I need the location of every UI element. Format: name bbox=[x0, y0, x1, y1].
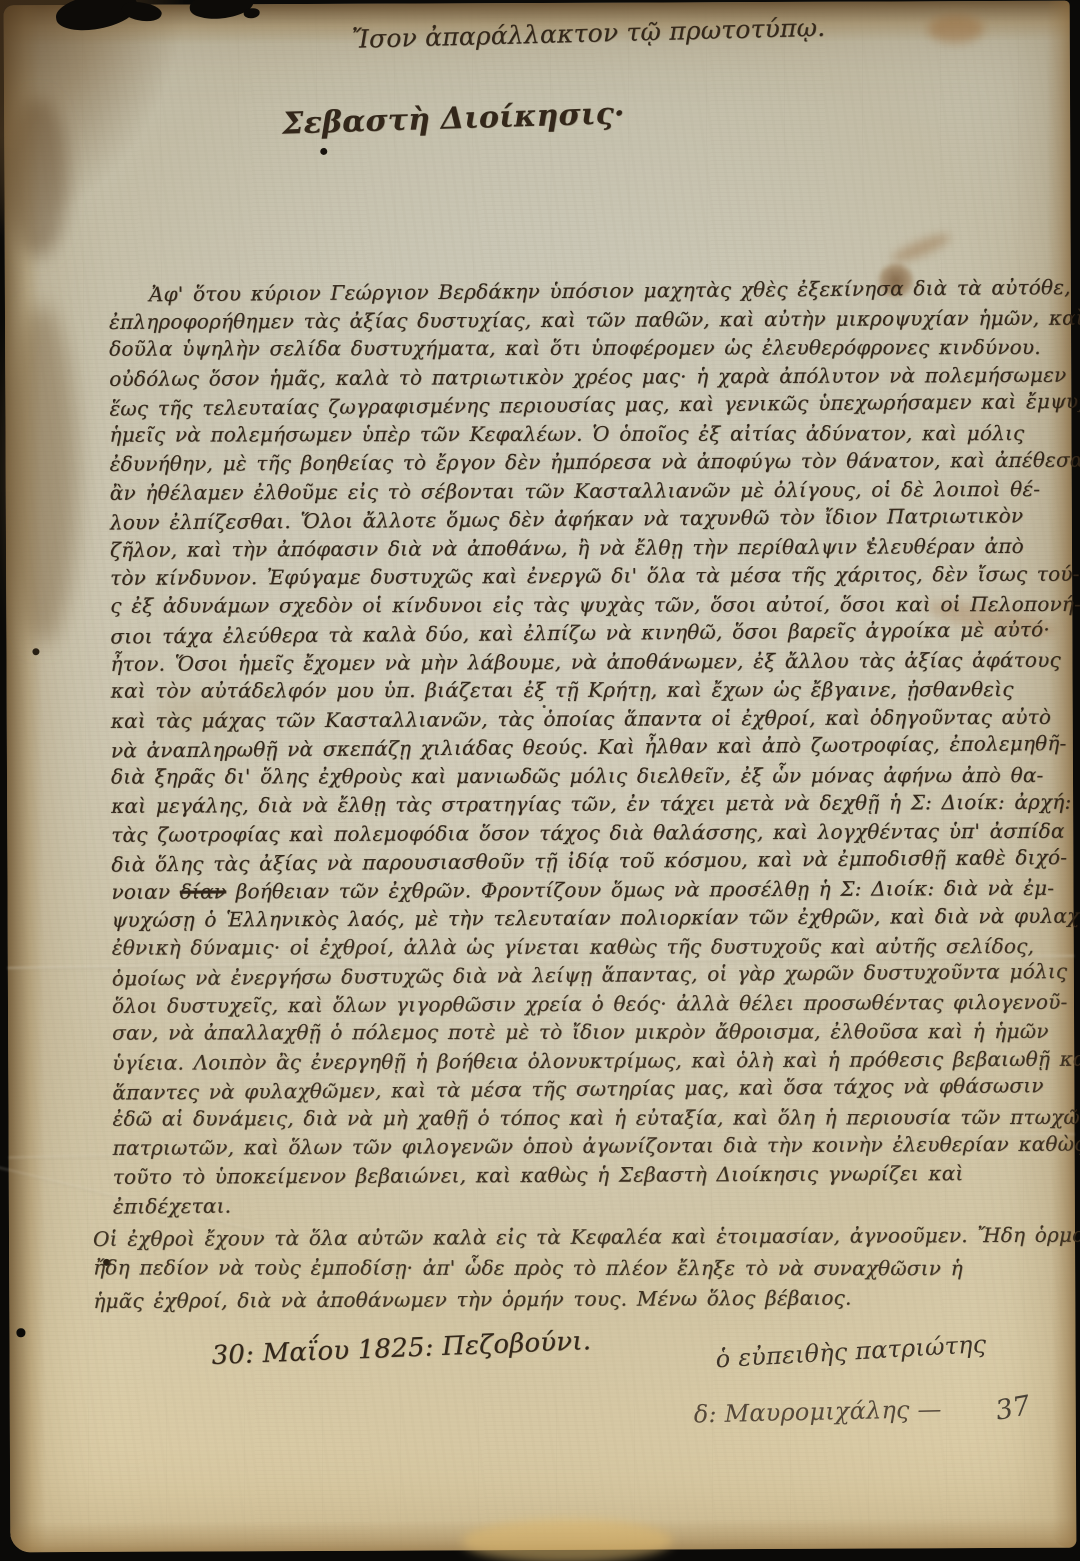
signature-name-line: δ: Μαυρομιχάλης — bbox=[693, 1395, 941, 1428]
manuscript-line: ὅλοι δυστυχεῖς, καὶ ὅλων γιγορθῶσιν χρεί… bbox=[112, 989, 1064, 1022]
manuscript-line: ἐπιδέχεται. bbox=[113, 1187, 1065, 1223]
paper-sheet: Ἴσον ἀπαράλλακτον τῷ πρωτοτύπῳ. Σεβαστὴ … bbox=[4, 1, 1077, 1553]
bottom-stain bbox=[462, 1518, 672, 1561]
folio-number: 37 bbox=[993, 1390, 1032, 1427]
manuscript-line: ἕως τῆς τελευταίας ζωγραφισμένης περιουσ… bbox=[109, 389, 1061, 425]
scanned-manuscript-page: Ἴσον ἀπαράλλακτον τῷ πρωτοτύπῳ. Σεβαστὴ … bbox=[0, 0, 1080, 1561]
manuscript-line: καὶ τὸν αὐτάδελφόν μου ὑπ. βιάζεται ἐξ τ… bbox=[111, 677, 1063, 707]
manuscript-line: ἤδη πεδίον νὰ τοὺς ἐμποδίσῃ· ἀπ' ὧδε πρὸ… bbox=[93, 1255, 1065, 1287]
manuscript-line: σαν, νὰ ἀπαλλαχθῇ ὁ πόλεμος ποτὲ μὲ τὸ ἴ… bbox=[112, 1019, 1064, 1049]
manuscript-line: ἅπαντες νὰ φυλαχθῶμεν, καὶ τὰ μέσα τῆς σ… bbox=[112, 1073, 1064, 1109]
manuscript-line: Οἱ ἐχθροὶ ἔχουν τὰ ὅλα αὐτῶν καλὰ εἰς τὰ… bbox=[93, 1223, 1065, 1258]
left-edge-stain bbox=[6, 97, 69, 257]
letter-body: Ἀφ' ὅτου κύριον Γεώργιον Βερδάκην ὑπόσιο… bbox=[109, 277, 1065, 1222]
manuscript-line: ἐπληροφορήθημεν τὰς ἀξίας δυστυχίας, καὶ… bbox=[109, 305, 1061, 338]
manuscript-line: ἐδυνήθην, μὲ τῆς βοηθείας τὸ ἔργον δὲν ἠ… bbox=[110, 448, 1062, 481]
manuscript-line: ἡμᾶς ἐχθροί, διὰ νὰ ἀποθάνωμεν τὴν ὁρμήν… bbox=[93, 1285, 1065, 1320]
manuscript-line: νοιαν δίαν βοήθειαν τῶν ἐχθρῶν. Φροντίζο… bbox=[111, 875, 1063, 908]
manuscript-line: ἐδῶ αἱ δυνάμεις, διὰ νὰ μὴ χαθῇ ὁ τόπος … bbox=[112, 1104, 1064, 1134]
manuscript-line: ζῆλον, καὶ τὴν ἀπόφασιν διὰ νὰ ἀποθάνω, … bbox=[110, 533, 1062, 566]
manuscript-line: διὰ ξηρᾶς δι' ὅλης ἐχθροὺς καὶ μανιωδῶς … bbox=[111, 762, 1063, 792]
top-right-stain bbox=[928, 15, 984, 43]
manuscript-line: νὰ ἀναπληρωθῇ νὰ σκεπάζῃ χιλιάδας θεούς.… bbox=[111, 731, 1063, 767]
manuscript-line: ψυχώσῃ ὁ Ἑλληνικὸς λαός, μὲ τὴν τελευταί… bbox=[112, 904, 1064, 937]
ink-specks bbox=[4, 5, 7, 8]
manuscript-line: καὶ μεγάλης, διὰ νὰ ἔλθῃ τὰς στρατηγίας … bbox=[111, 790, 1063, 823]
manuscript-line: πατριωτῶν, καὶ ὅλων τῶν φιλογενῶν ὁποὺ ἀ… bbox=[113, 1132, 1065, 1165]
manuscript-line: ἐθνικὴ δύναμις· οἱ ἐχθροί, ἀλλὰ ὡς γίνετ… bbox=[112, 933, 1064, 963]
manuscript-line: τὸν κίνδυνον. Ἐφύγαμε δυστυχῶς καὶ ἐνεργ… bbox=[110, 562, 1062, 595]
manuscript-line: ἡμεῖς νὰ πολεμήσωμεν ὑπὲρ τῶν Κεφαλέων. … bbox=[109, 420, 1061, 450]
letter-closing-paragraph: Οἱ ἐχθροὶ ἔχουν τὰ ὅλα αὐτῶν καλὰ εἰς τὰ… bbox=[93, 1223, 1065, 1320]
manuscript-line: ς ἐξ ἀδυνάμων σχεδὸν οἱ κίνδυνοι εἰς τὰς… bbox=[110, 591, 1062, 621]
manuscript-line: δοῦλα ὑψηλὴν σελίδα δυστυχήματα, καὶ ὅτι… bbox=[109, 335, 1061, 365]
manuscript-line: ἦτον. Ὅσοι ἡμεῖς ἔχομεν νὰ μὴν λάβουμε, … bbox=[110, 647, 1062, 680]
